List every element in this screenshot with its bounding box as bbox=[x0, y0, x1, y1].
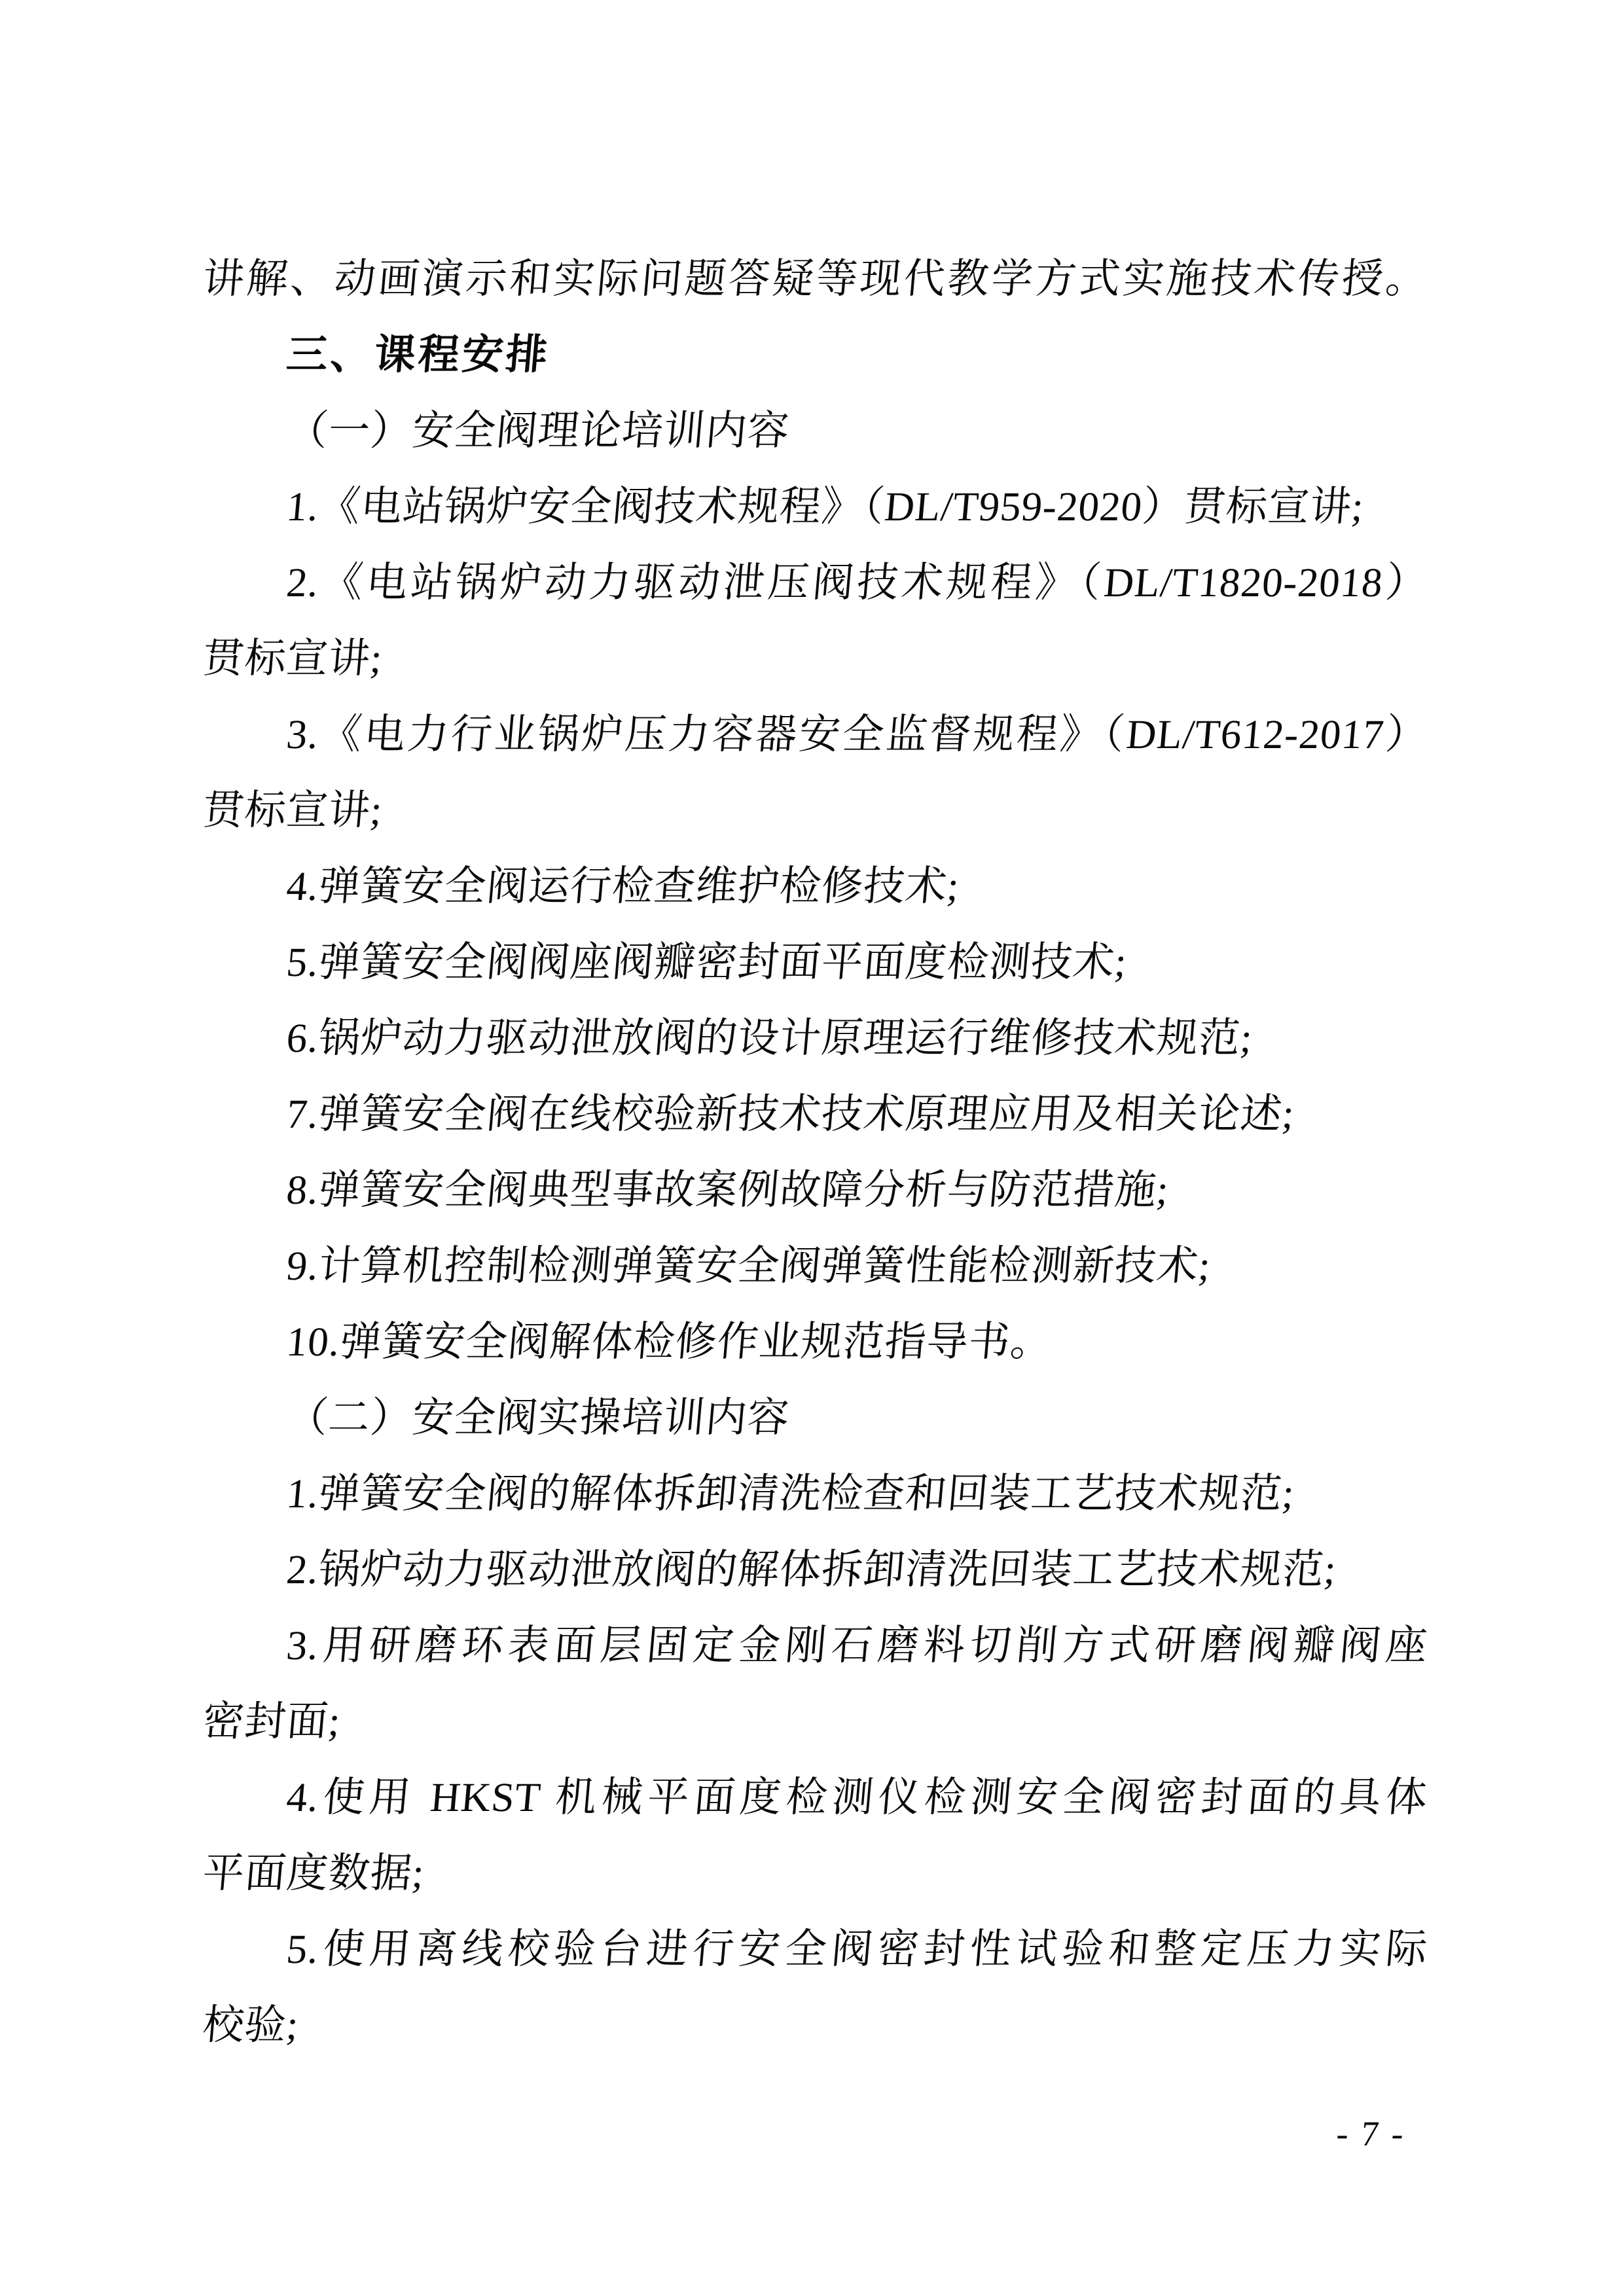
text-line: 10.弹簧安全阀解体检修作业规范指导书。 bbox=[200, 1304, 1431, 1380]
text-line: 1.《电站锅炉安全阀技术规程》（DL/T959-2020）贯标宣讲; bbox=[200, 469, 1431, 545]
text-line: 2.《电站锅炉动力驱动泄压阀技术规程》（DL/T1820-2018） bbox=[200, 545, 1431, 620]
text-line: 校验; bbox=[200, 1987, 1431, 2063]
text-line: 8.弹簧安全阀典型事故案例故障分析与防范措施; bbox=[200, 1152, 1431, 1228]
text-line: 5.弹簧安全阀阀座阀瓣密封面平面度检测技术; bbox=[200, 924, 1431, 1000]
text-line: 1.弹簧安全阀的解体拆卸清洗检查和回装工艺技术规范; bbox=[200, 1456, 1431, 1532]
text-line: （二）安全阀实操培训内容 bbox=[200, 1380, 1431, 1456]
text-line: 6.锅炉动力驱动泄放阀的设计原理运行维修技术规范; bbox=[200, 1000, 1431, 1076]
text-line: 密封面; bbox=[200, 1683, 1431, 1759]
text-line: 平面度数据; bbox=[200, 1835, 1431, 1911]
text-line: 7.弹簧安全阀在线校验新技术技术原理应用及相关论述; bbox=[200, 1076, 1431, 1152]
text-line: 3.用研磨环表面层固定金刚石磨料切削方式研磨阀瓣阀座 bbox=[200, 1607, 1431, 1683]
document-body: 讲解、动画演示和实际问题答疑等现代教学方式实施技术传授。三、课程安排（一）安全阀… bbox=[203, 241, 1428, 2063]
text-line: 贯标宣讲; bbox=[200, 620, 1431, 696]
text-line: 2.锅炉动力驱动泄放阀的解体拆卸清洗回装工艺技术规范; bbox=[200, 1532, 1431, 1607]
section-heading: 三、课程安排 bbox=[200, 317, 1431, 393]
text-line: 9.计算机控制检测弹簧安全阀弹簧性能检测新技术; bbox=[200, 1228, 1431, 1304]
text-line: 贯标宣讲; bbox=[200, 772, 1431, 848]
text-line: 讲解、动画演示和实际问题答疑等现代教学方式实施技术传授。 bbox=[200, 241, 1431, 317]
text-line: 4.使用 HKST 机械平面度检测仪检测安全阀密封面的具体 bbox=[200, 1759, 1431, 1835]
text-line: 3.《电力行业锅炉压力容器安全监督规程》（DL/T612-2017） bbox=[200, 696, 1431, 772]
text-line: 5.使用离线校验台进行安全阀密封性试验和整定压力实际 bbox=[200, 1911, 1431, 1987]
text-line: （一）安全阀理论培训内容 bbox=[200, 393, 1431, 469]
document-page: 讲解、动画演示和实际问题答疑等现代教学方式实施技术传授。三、课程安排（一）安全阀… bbox=[0, 0, 1624, 2296]
page-number: - 7 - bbox=[1335, 2114, 1407, 2153]
text-line: 4.弹簧安全阀运行检查维护检修技术; bbox=[200, 848, 1431, 924]
